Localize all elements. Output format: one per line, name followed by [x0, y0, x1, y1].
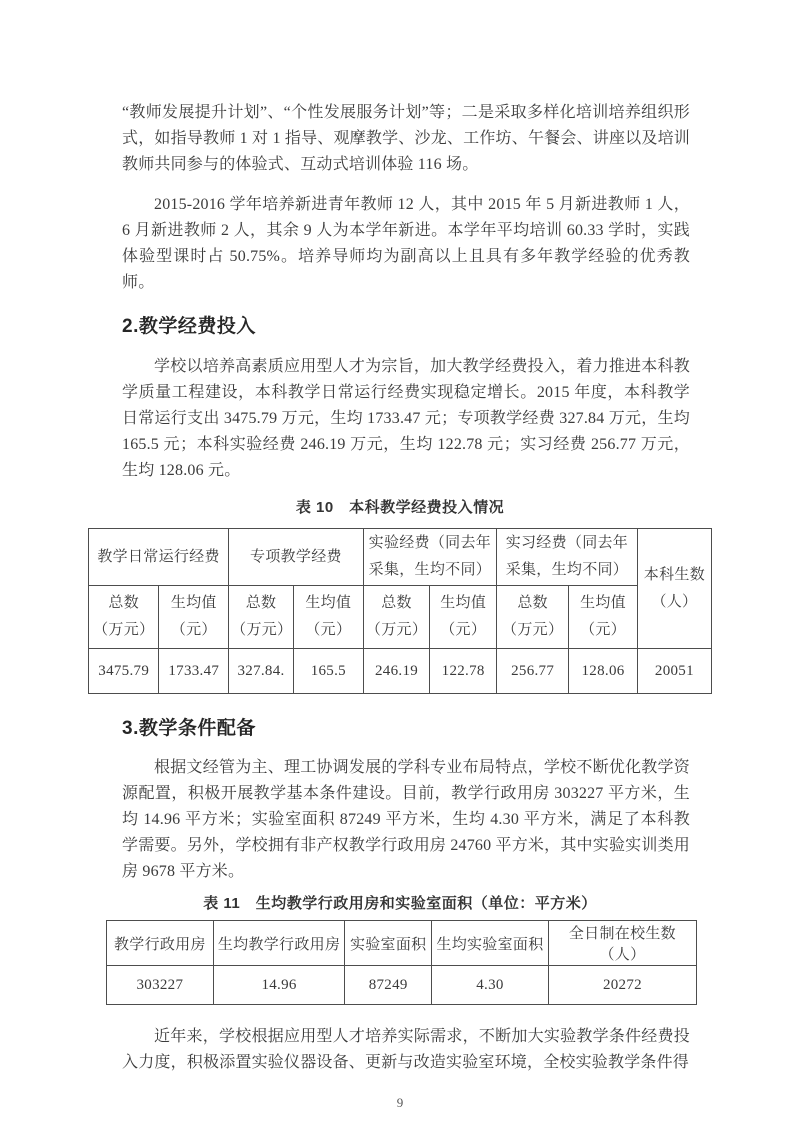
table10-subheader-average: 生均值 （元） — [430, 586, 497, 649]
table10-subheader-average: 生均值 （元） — [293, 586, 363, 649]
subheader-average-line1: 生均值 — [161, 590, 226, 617]
subheader-total-line2: （万元） — [231, 617, 291, 644]
subheader-average-line2: （元） — [571, 617, 635, 644]
table10-cell-experiment-total: 246.19 — [363, 649, 430, 694]
table11-cell-admin-space: 303227 — [107, 966, 214, 1005]
paragraph-conditions-detail: 根据文经管为主、理工协调发展的学科专业布局特点，学校不断优化教学资源配置，积极开… — [122, 755, 690, 885]
subheader-total-line1: 总数 — [231, 590, 291, 617]
table11-cell-fulltime-students: 20272 — [548, 966, 696, 1005]
table10-cell-special-average: 165.5 — [293, 649, 363, 694]
subheader-total-line1: 总数 — [366, 590, 428, 617]
table10-header-undergrad-line1: 本科生数 — [640, 562, 709, 589]
table10-subheader-total: 总数 （万元） — [363, 586, 430, 649]
table10-group-internship-funds: 实习经费（同去年采集，生均不同） — [497, 529, 638, 586]
heading-teaching-conditions: 3.教学条件配备 — [122, 716, 690, 742]
subheader-average-line2: （元） — [432, 617, 494, 644]
table11-cell-admin-space-per-student: 14.96 — [213, 966, 345, 1005]
table10-cell-internship-total: 256.77 — [497, 649, 569, 694]
table10-cell-experiment-average: 122.78 — [430, 649, 497, 694]
document-page: “教师发展提升计划”、“个性发展服务计划”等；二是采取多样化培训培养组织形式，如… — [0, 0, 800, 1133]
table11-header-admin-space: 教学行政用房 — [107, 921, 214, 966]
paragraph-training-plans: “教师发展提升计划”、“个性发展服务计划”等；二是采取多样化培训培养组织形式，如… — [122, 100, 690, 178]
table11-header-lab-area: 实验室面积 — [345, 921, 432, 966]
heading-teaching-funding: 2.教学经费投入 — [122, 314, 690, 340]
table10-subheader-total: 总数 （万元） — [497, 586, 569, 649]
subheader-total-line1: 总数 — [499, 590, 566, 617]
paragraph-new-teachers: 2015-2016 学年培养新进青年教师 12 人，其中 2015 年 5 月新… — [122, 192, 690, 296]
table11-floor-space: 教学行政用房 生均教学行政用房 实验室面积 生均实验室面积 全日制在校生数（人）… — [106, 920, 697, 1005]
table10-cell-daily-average: 1733.47 — [159, 649, 229, 694]
subheader-average-line2: （元） — [161, 617, 226, 644]
table11-cell-lab-area-per-student: 4.30 — [432, 966, 549, 1005]
table10-header-undergrad-count: 本科生数 （人） — [637, 529, 711, 649]
table11-cell-lab-area: 87249 — [345, 966, 432, 1005]
paragraph-recent-years: 近年来，学校根据应用型人才培养实际需求，不断加大实验教学条件经费投入力度，积极添… — [122, 1024, 690, 1076]
table10-cell-internship-average: 128.06 — [569, 649, 638, 694]
table10-group-special-funds: 专项教学经费 — [229, 529, 364, 586]
table10-subheader-total: 总数 （万元） — [229, 586, 294, 649]
table10-subheader-average: 生均值 （元） — [569, 586, 638, 649]
table10-subheader-total: 总数 （万元） — [89, 586, 159, 649]
paragraph-funding-detail: 学校以培养高素质应用型人才为宗旨，加大教学经费投入，着力推进本科教学质量工程建设… — [122, 354, 690, 484]
table10-cell-undergrad-count: 20051 — [637, 649, 711, 694]
subheader-total-line2: （万元） — [499, 617, 566, 644]
table10-group-daily-funds: 教学日常运行经费 — [89, 529, 229, 586]
subheader-average-line1: 生均值 — [432, 590, 494, 617]
page-number: 9 — [0, 1093, 800, 1113]
subheader-average-line1: 生均值 — [296, 590, 361, 617]
table10-cell-special-total: 327.84. — [229, 649, 294, 694]
table10-header-undergrad-line2: （人） — [640, 589, 709, 616]
subheader-total-line1: 总数 — [91, 590, 156, 617]
subheader-average-line2: （元） — [296, 617, 361, 644]
table11-header-fulltime-students: 全日制在校生数（人） — [548, 921, 696, 966]
table10-group-experiment-funds: 实验经费（同去年采集，生均不同） — [363, 529, 496, 586]
subheader-total-line2: （万元） — [91, 617, 156, 644]
table10-subheader-average: 生均值 （元） — [159, 586, 229, 649]
subheader-average-line1: 生均值 — [571, 590, 635, 617]
table11-header-admin-space-per-student: 生均教学行政用房 — [213, 921, 345, 966]
table11-header-lab-area-per-student: 生均实验室面积 — [432, 921, 549, 966]
subheader-total-line2: （万元） — [366, 617, 428, 644]
table10-cell-daily-total: 3475.79 — [89, 649, 159, 694]
table10-funding: 教学日常运行经费 专项教学经费 实验经费（同去年采集，生均不同） 实习经费（同去… — [88, 528, 712, 694]
table10-caption: 表 10 本科教学经费投入情况 — [0, 497, 800, 519]
table11-caption: 表 11 生均教学行政用房和实验室面积（单位：平方米） — [0, 893, 800, 915]
